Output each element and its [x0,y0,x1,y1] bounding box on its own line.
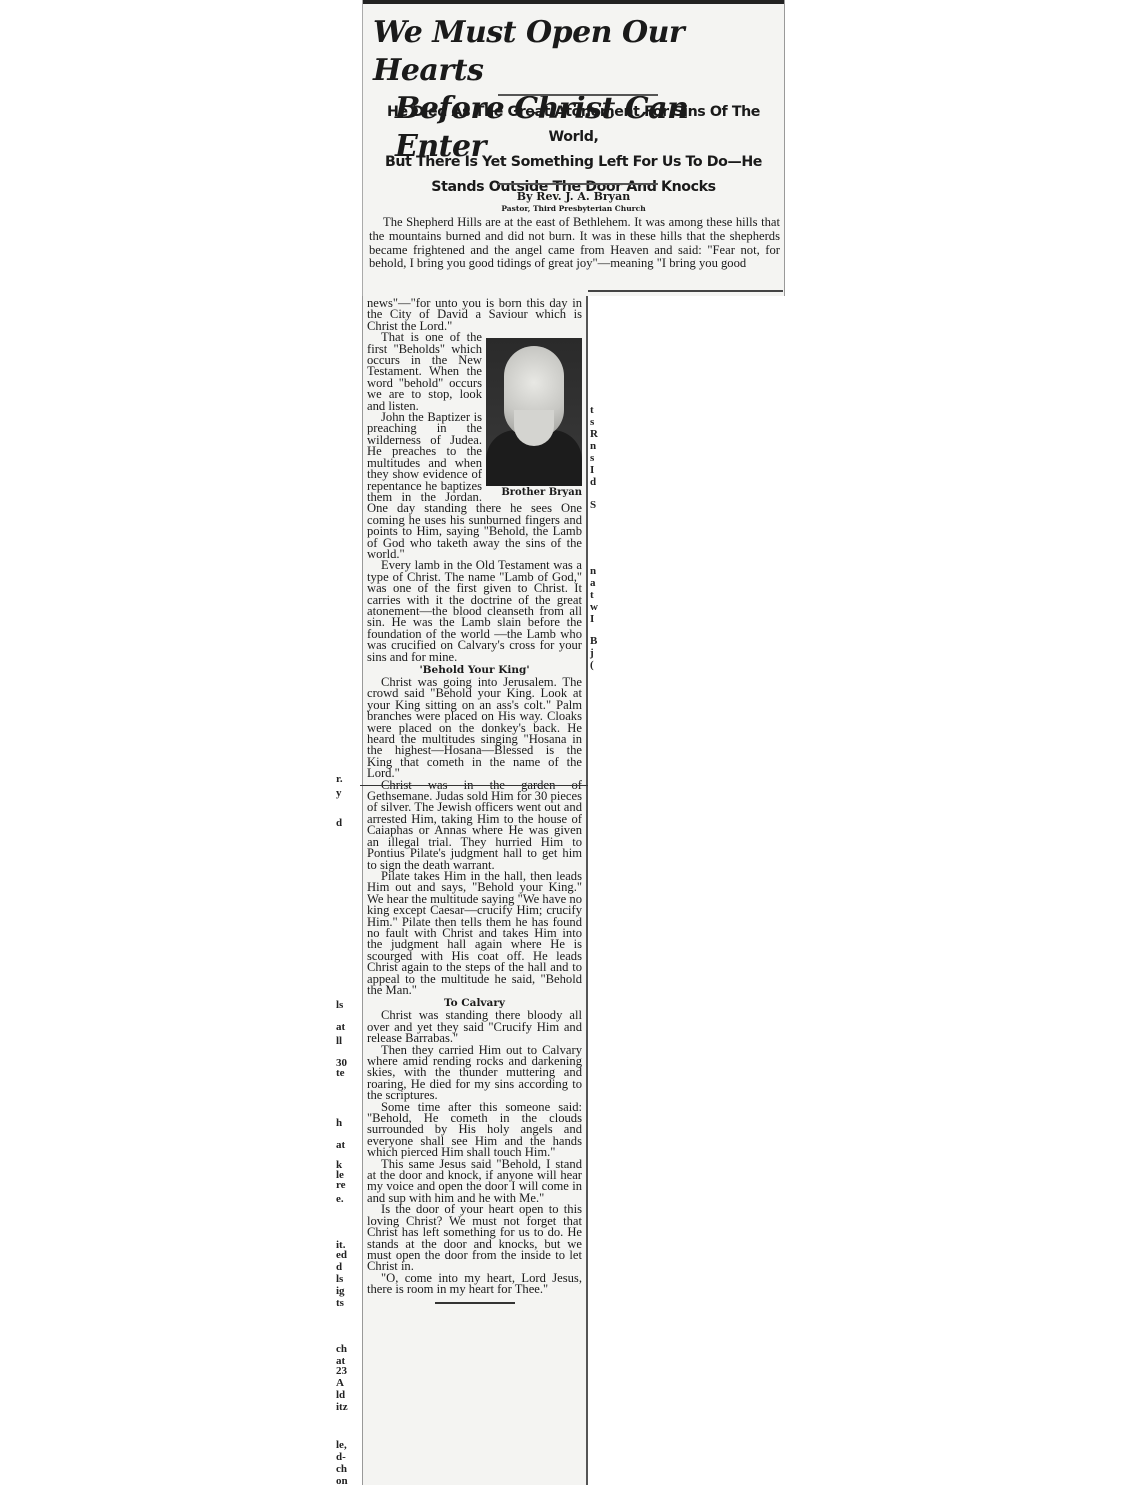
fragment-text: ld [336,1390,345,1402]
paragraph: Every lamb in the Old Testament was a ty… [367,560,582,663]
fragment-text: itz [336,1402,348,1414]
fragment-text: s [590,417,594,429]
fragment-text: at [336,1140,345,1152]
divider [498,183,658,185]
intro-continued: news"—"for unto you is born this day in … [367,298,582,332]
fragment-text: d [336,1262,342,1274]
column-rule [588,290,783,292]
paragraph: Is the door of your heart open to this l… [367,1204,582,1272]
headline-clip: We Must Open Our Hearts Before Christ Ca… [362,0,785,296]
paragraph: Christ was in the garden of Gethsemane. … [367,780,582,871]
column-rule [586,296,588,1485]
fragment-text: w [590,602,598,614]
byline: By Rev. J. A. Bryan [363,191,784,203]
byline-title: Pastor, Third Presbyterian Church [363,204,784,213]
fragment-text: e. [336,1194,344,1206]
fragment-text: ed [336,1250,347,1262]
paragraph: Pilate takes Him in the hall, then leads… [367,871,582,996]
fragment-text: re [336,1180,346,1192]
portrait: Brother Bryan [486,338,582,499]
fragment-text: n [590,566,596,578]
fragment-text: I [590,614,594,626]
fragment-text: t [590,405,594,417]
fragment-text: I [590,465,594,477]
paragraph: Christ was standing there bloody all ove… [367,1010,582,1044]
article-column: news"—"for unto you is born this day in … [362,296,587,1485]
divider [498,94,658,96]
fragment-text: ch [336,1464,347,1476]
fragment-text: r. [336,774,343,786]
deck-line-2: But There Is Yet Something Left For Us T… [363,150,784,175]
end-rule [435,1302,515,1304]
fragment-text: t [590,590,594,602]
paragraph: Some time after this someone said: "Beho… [367,1102,582,1159]
deck-line-1: He Died As The Great Atonement For Sins … [363,100,784,150]
fragment-text: ls [336,1274,343,1286]
fragment-text: A [336,1378,344,1390]
column-rule [360,785,588,786]
fragment-text: R [590,429,598,441]
fragment-text: y [336,788,342,800]
fragment-text: d- [336,1452,346,1464]
fragment-text: ls [336,1000,343,1012]
paragraph: This same Jesus said "Behold, I stand at… [367,1159,582,1205]
fragment-text: h [336,1118,342,1130]
fragment-text: ch [336,1344,347,1356]
fragment-text: 23 [336,1366,347,1378]
fragment-text: B [590,636,597,648]
paragraph: "O, come into my heart, Lord Jesus, ther… [367,1273,582,1296]
fragment-text: ( [590,660,594,672]
fragment-text: a [590,578,596,590]
fragment-text: d [336,818,342,830]
fragment-text: s [590,453,594,465]
intro-paragraph: The Shepherd Hills are at the east of Be… [369,216,780,271]
fragment-text: ll [336,1036,342,1048]
top-rule [363,0,784,4]
fragment-text: n [590,441,596,453]
fragment-text: d [590,477,596,489]
deck: He Died As The Great Atonement For Sins … [363,100,784,200]
fragment-text: ts [336,1298,344,1310]
portrait-photo [486,338,582,486]
paragraph: Christ was going into Jerusalem. The cro… [367,677,582,780]
paragraph: Then they carried Him out to Calvary whe… [367,1045,582,1102]
headline-line-1: We Must Open Our Hearts [363,14,784,90]
fragment-text: te [336,1068,345,1080]
photo-caption: Brother Bryan [486,486,582,499]
fragment-text: on [336,1476,348,1485]
fragment-text: ig [336,1286,345,1298]
fragment-text: j [590,648,594,660]
fragment-text: at [336,1022,345,1034]
fragment-text: S [590,500,596,512]
fragment-text: le, [336,1440,347,1452]
